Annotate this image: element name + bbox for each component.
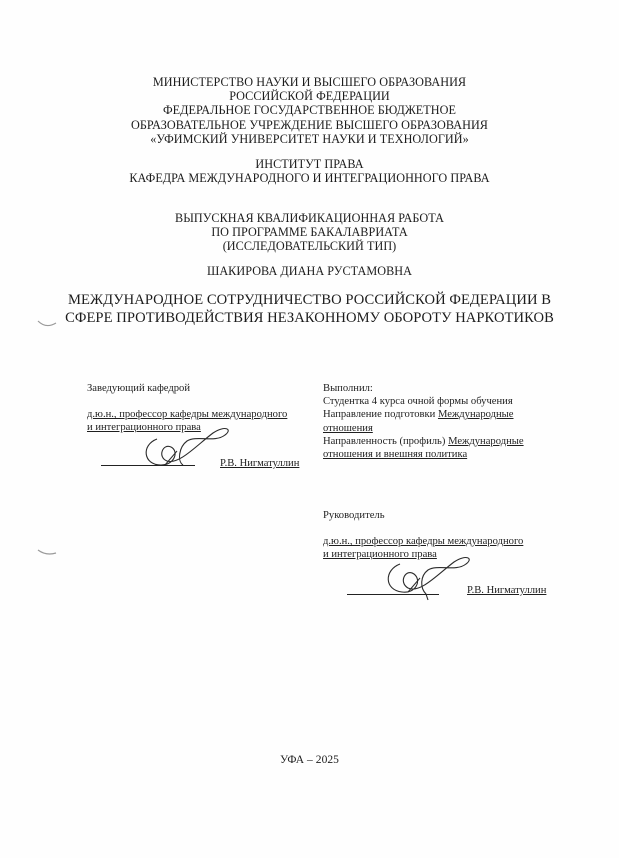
direction-value: Международные [438,409,514,420]
profile-value-cont: отношения и внешняя политика [323,448,467,461]
work-type-line: (ИССЛЕДОВАТЕЛЬСКИЙ ТИП) [0,239,619,253]
supervisor-signature-row: Р.В. Нигматуллин [323,562,573,602]
ministry-header: МИНИСТЕРСТВО НАУКИ И ВЫСШЕГО ОБРАЗОВАНИЯ… [0,75,619,146]
author-line: ШАКИРОВА ДИАНА РУСТАМОВНА [0,264,619,278]
signature-line [101,465,195,466]
work-type-line: ПО ПРОГРАММЕ БАКАЛАВРИАТА [0,225,619,239]
student-info: Студентка 4 курса очной формы обучения [323,395,573,408]
document-page: МИНИСТЕРСТВО НАУКИ И ВЫСШЕГО ОБРАЗОВАНИЯ… [0,0,619,858]
profile-line: Направленность (профиль) Международные [323,435,573,448]
profile-label: Направленность (профиль) [323,436,448,447]
supervisor-label: Руководитель [323,509,573,522]
title-line: СФЕРЕ ПРОТИВОДЕЙСТВИЯ НЕЗАКОННОМУ ОБОРОТ… [0,310,619,328]
head-of-department-block: Заведующий кафедрой д.ю.н., профессор ка… [87,382,327,475]
work-type: ВЫПУСКНАЯ КВАЛИФИКАЦИОННАЯ РАБОТА ПО ПРО… [0,211,619,254]
header-line: ОБРАЗОВАТЕЛЬНОЕ УЧРЕЖДЕНИЕ ВЫСШЕГО ОБРАЗ… [0,118,619,132]
performer-label: Выполнил: [323,382,573,395]
supervisor-position-line: д.ю.н., профессор кафедры международного [323,535,573,548]
supervisor-block: Руководитель д.ю.н., профессор кафедры м… [323,509,573,602]
title-line: МЕЖДУНАРОДНОЕ СОТРУДНИЧЕСТВО РОССИЙСКОЙ … [0,292,619,310]
header-line: ФЕДЕРАЛЬНОЕ ГОСУДАРСТВЕННОЕ БЮДЖЕТНОЕ [0,103,619,117]
author-name: ШАКИРОВА ДИАНА РУСТАМОВНА [0,264,619,278]
scan-mark [36,547,60,559]
performer-block: Выполнил: Студентка 4 курса очной формы … [323,382,573,461]
city-year-text: УФА – 2025 [0,753,619,767]
thesis-title: МЕЖДУНАРОДНОЕ СОТРУДНИЧЕСТВО РОССИЙСКОЙ … [0,292,619,327]
head-position-line: д.ю.н., профессор кафедры международного [87,408,327,421]
institute-line: ИНСТИТУТ ПРАВА [0,157,619,171]
header-line: МИНИСТЕРСТВО НАУКИ И ВЫСШЕГО ОБРАЗОВАНИЯ [0,75,619,89]
head-signer-name: Р.В. Нигматуллин [220,457,299,470]
city-year: УФА – 2025 [0,753,619,767]
header-line: РОССИЙСКОЙ ФЕДЕРАЦИИ [0,89,619,103]
work-type-line: ВЫПУСКНАЯ КВАЛИФИКАЦИОННАЯ РАБОТА [0,211,619,225]
direction-label: Направление подготовки [323,409,438,420]
head-of-department-label: Заведующий кафедрой [87,382,327,395]
institute-header: ИНСТИТУТ ПРАВА КАФЕДРА МЕЖДУНАРОДНОГО И … [0,157,619,185]
signature-line [347,594,439,595]
direction-value-cont: отношения [323,422,373,435]
header-line: «УФИМСКИЙ УНИВЕРСИТЕТ НАУКИ И ТЕХНОЛОГИЙ… [0,132,619,146]
head-signature-row: Р.В. Нигматуллин [87,435,327,475]
department-line: КАФЕДРА МЕЖДУНАРОДНОГО И ИНТЕГРАЦИОННОГО… [0,171,619,185]
supervisor-signer-name: Р.В. Нигматуллин [467,584,546,597]
profile-value: Международные [448,436,524,447]
direction-line: Направление подготовки Международные [323,408,573,421]
